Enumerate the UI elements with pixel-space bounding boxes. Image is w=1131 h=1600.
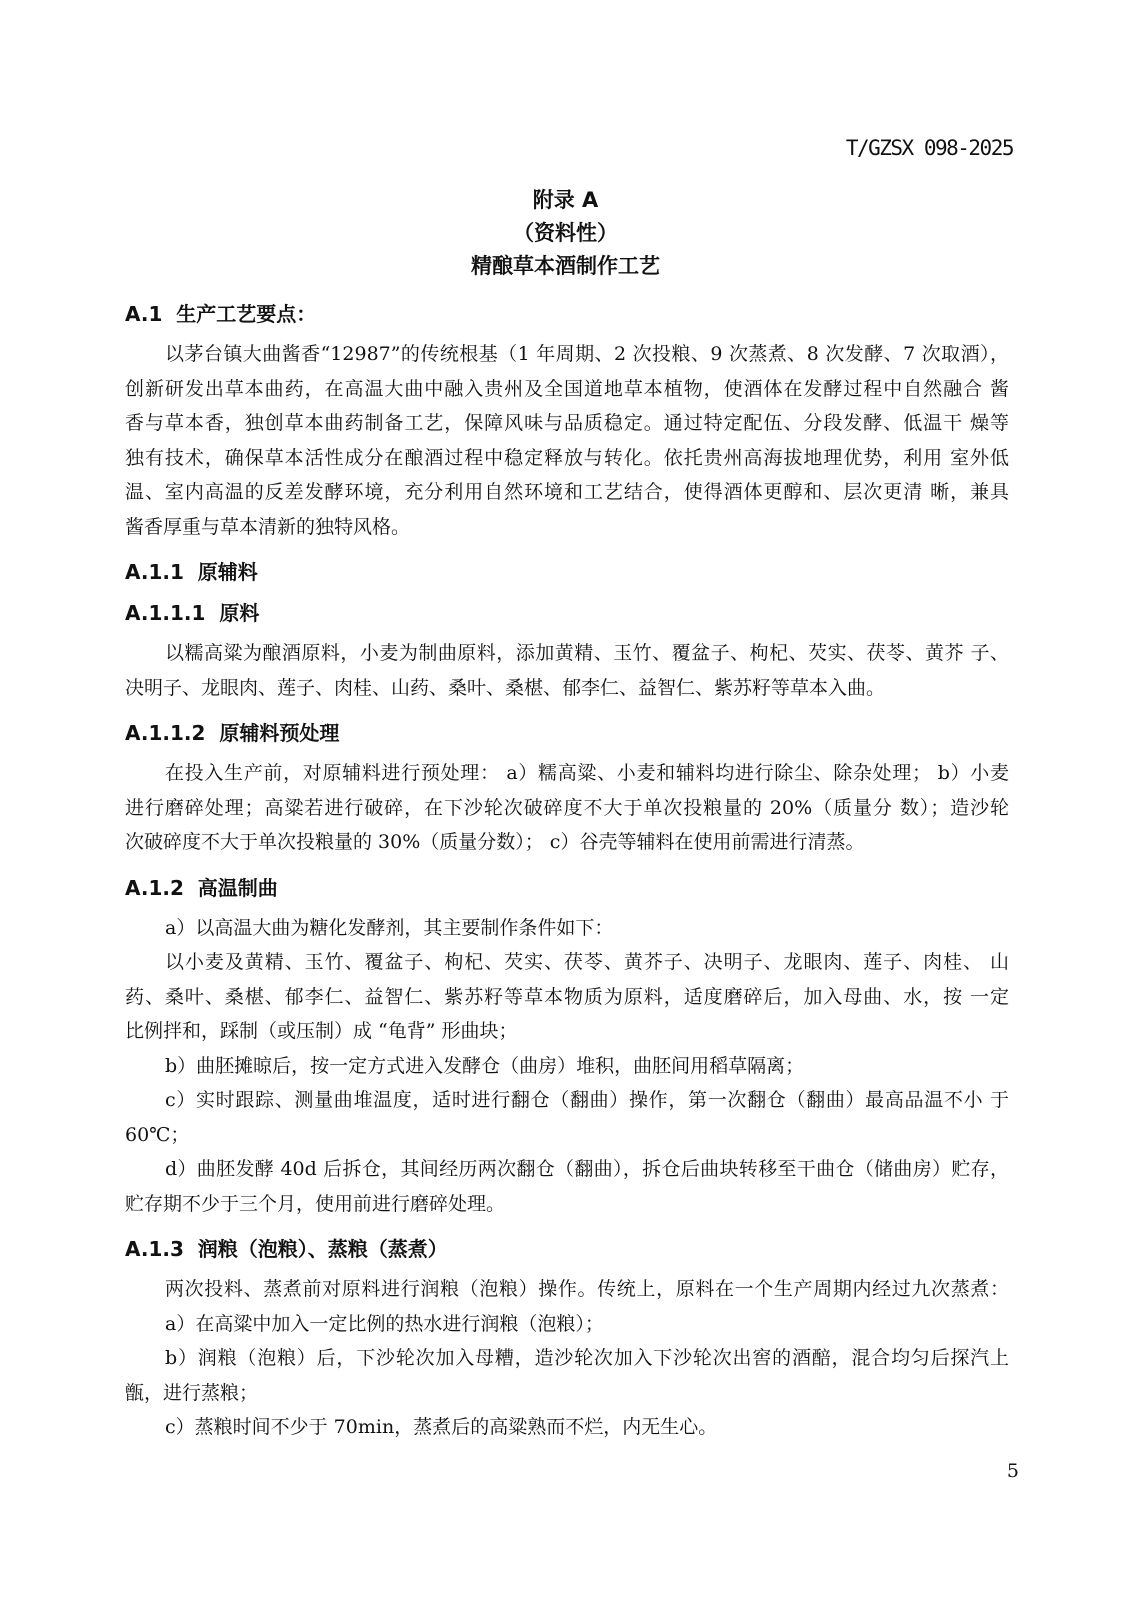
text-line: 以茅台镇大曲酱香“12987”的传统根基（1 年周期、2 次投粮、9 次蒸煮、8… <box>125 337 1009 372</box>
text-line: 次破碎度不大于单次投粮量的 30%（质量分数）； c）谷壳等辅料在使用前需进行清… <box>125 825 1009 860</box>
text-line: 在投入生产前，对原辅料进行预处理： a）糯高粱、小麦和辅料均进行除尘、除杂处理；… <box>125 756 1009 791</box>
text-line: 香与草本香，独创草本曲药制备工艺，保障风味与品质稳定。通过特定配伍、分段发酵、低… <box>125 406 1009 441</box>
text-line: d）曲胚发酵 40d 后拆仓，其间经历两次翻仓（翻曲），拆仓后曲块转移至干曲仓（… <box>125 1152 1009 1187</box>
paragraph: b）润粮（泡粮）后，下沙轮次加入母糟，造沙轮次加入下沙轮次出窖的酒醅，混合均匀后… <box>125 1341 1009 1410</box>
paragraph: 以小麦及黄精、玉竹、覆盆子、枸杞、芡实、茯苓、黄芥子、决明子、龙眼肉、莲子、肉桂… <box>125 945 1009 1049</box>
standard-code: T/GZSX 098-2025 <box>846 136 1013 160</box>
content: A.1 生产工艺要点：以茅台镇大曲酱香“12987”的传统根基（1 年周期、2 … <box>125 298 1009 1445</box>
text-line: 比例拌和，踩制（或压制）成 “龟背” 形曲块； <box>125 1014 1009 1049</box>
text-line: c）蒸粮时间不少于 70min，蒸煮后的高粱熟而不烂，内无生心。 <box>125 1410 1009 1445</box>
paragraph: 在投入生产前，对原辅料进行预处理： a）糯高粱、小麦和辅料均进行除尘、除杂处理；… <box>125 756 1009 860</box>
text-line: 以小麦及黄精、玉竹、覆盆子、枸杞、芡实、茯苓、黄芥子、决明子、龙眼肉、莲子、肉桂… <box>125 945 1009 980</box>
section-heading: A.1.2 高温制曲 <box>125 876 1009 901</box>
section-heading: A.1.1 原辅料 <box>125 560 1009 585</box>
text-line: 两次投料、蒸煮前对原料进行润粮（泡粮）操作。传统上，原料在一个生产周期内经过九次… <box>125 1272 1009 1307</box>
paragraph: c）蒸粮时间不少于 70min，蒸煮后的高粱熟而不烂，内无生心。 <box>125 1410 1009 1445</box>
paragraph: d）曲胚发酵 40d 后拆仓，其间经历两次翻仓（翻曲），拆仓后曲块转移至干曲仓（… <box>125 1152 1009 1221</box>
appendix-title-block: 附录 A （资料性） 精酿草本酒制作工艺 <box>0 184 1131 283</box>
paragraph: 两次投料、蒸煮前对原料进行润粮（泡粮）操作。传统上，原料在一个生产周期内经过九次… <box>125 1272 1009 1307</box>
paragraph: b）曲胚摊晾后，按一定方式进入发酵仓（曲房）堆积，曲胚间用稻草隔离； <box>125 1049 1009 1084</box>
text-line: a）在高粱中加入一定比例的热水进行润粮（泡粮）； <box>125 1307 1009 1342</box>
text-line: 60℃； <box>125 1118 1009 1153</box>
text-line: 甑，进行蒸粮； <box>125 1376 1009 1411</box>
document-page: T/GZSX 098-2025 附录 A （资料性） 精酿草本酒制作工艺 A.1… <box>0 0 1131 1600</box>
paragraph: a）在高粱中加入一定比例的热水进行润粮（泡粮）； <box>125 1307 1009 1342</box>
text-line: c）实时跟踪、测量曲堆温度，适时进行翻仓（翻曲）操作，第一次翻仓（翻曲）最高品温… <box>125 1083 1009 1118</box>
page-number: 5 <box>1007 1460 1019 1482</box>
text-line: 进行磨碎处理；高粱若进行破碎，在下沙轮次破碎度不大于单次投粮量的 20%（质量分… <box>125 791 1009 826</box>
paragraph: a）以高温大曲为糖化发酵剂，其主要制作条件如下： <box>125 911 1009 946</box>
appendix-type: （资料性） <box>0 217 1131 250</box>
section-heading: A.1.3 润粮（泡粮）、蒸粮（蒸煮） <box>125 1237 1009 1262</box>
text-line: b）曲胚摊晾后，按一定方式进入发酵仓（曲房）堆积，曲胚间用稻草隔离； <box>125 1049 1009 1084</box>
text-line: 决明子、龙眼肉、莲子、肉桂、山药、桑叶、桑椹、郁李仁、益智仁、紫苏籽等草本入曲。 <box>125 671 1009 706</box>
text-line: a）以高温大曲为糖化发酵剂，其主要制作条件如下： <box>125 911 1009 946</box>
appendix-subject: 精酿草本酒制作工艺 <box>0 250 1131 283</box>
appendix-label: 附录 A <box>0 184 1131 217</box>
text-line: b）润粮（泡粮）后，下沙轮次加入母糟，造沙轮次加入下沙轮次出窖的酒醅，混合均匀后… <box>125 1341 1009 1376</box>
text-line: 以糯高粱为酿酒原料，小麦为制曲原料，添加黄精、玉竹、覆盆子、枸杞、芡实、茯苓、黄… <box>125 636 1009 671</box>
text-line: 贮存期不少于三个月，使用前进行磨碎处理。 <box>125 1187 1009 1222</box>
text-line: 独有技术，确保草本活性成分在酿酒过程中稳定释放与转化。依托贵州高海拔地理优势，利… <box>125 441 1009 476</box>
section-heading: A.1 生产工艺要点： <box>125 302 1009 327</box>
section-heading: A.1.1.1 原料 <box>125 601 1009 626</box>
paragraph: 以糯高粱为酿酒原料，小麦为制曲原料，添加黄精、玉竹、覆盆子、枸杞、芡实、茯苓、黄… <box>125 636 1009 705</box>
text-line: 温、室内高温的反差发酵环境，充分利用自然环境和工艺结合，使得酒体更醇和、层次更清… <box>125 475 1009 510</box>
paragraph: 以茅台镇大曲酱香“12987”的传统根基（1 年周期、2 次投粮、9 次蒸煮、8… <box>125 337 1009 544</box>
text-line: 药、桑叶、桑椹、郁李仁、益智仁、紫苏籽等草本物质为原料，适度磨碎后，加入母曲、水… <box>125 980 1009 1015</box>
paragraph: c）实时跟踪、测量曲堆温度，适时进行翻仓（翻曲）操作，第一次翻仓（翻曲）最高品温… <box>125 1083 1009 1152</box>
text-line: 创新研发出草本曲药，在高温大曲中融入贵州及全国道地草本植物，使酒体在发酵过程中自… <box>125 372 1009 407</box>
section-heading: A.1.1.2 原辅料预处理 <box>125 721 1009 746</box>
text-line: 酱香厚重与草本清新的独特风格。 <box>125 510 1009 545</box>
